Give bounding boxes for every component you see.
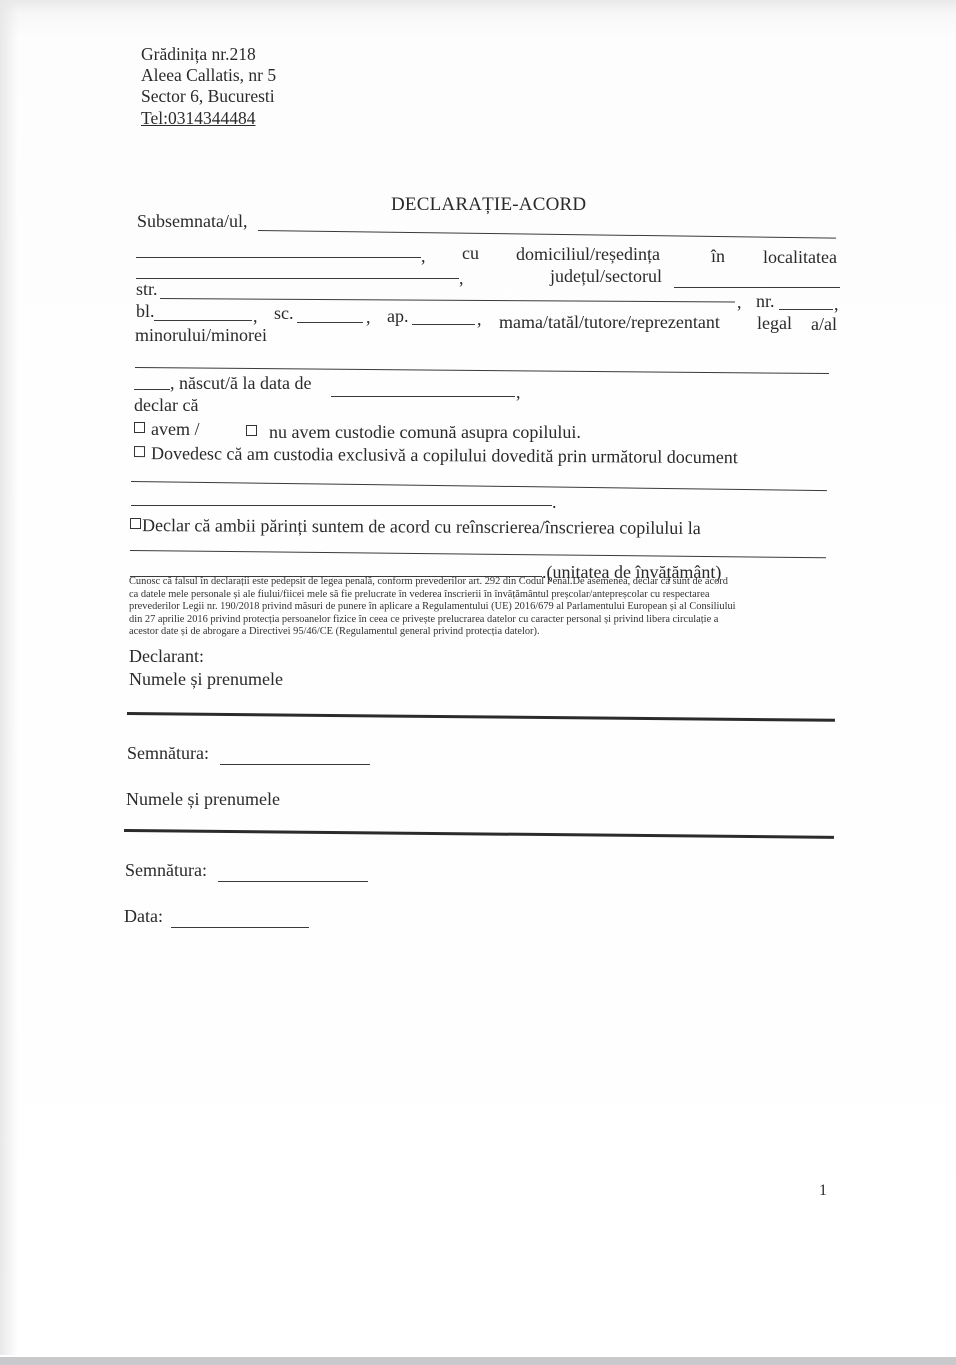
address-line-1: Aleea Callatis, nr 5 (141, 65, 276, 86)
aal-label: a/al (811, 314, 837, 334)
address-line-2: Sector 6, Bucuresti (141, 86, 275, 107)
document-page: Grădinița nr.218 Aleea Callatis, nr 5 Se… (0, 0, 956, 1355)
page-number: 1 (819, 1181, 827, 1201)
locality-field-line[interactable] (136, 278, 459, 279)
avem-label: avem / (151, 419, 199, 439)
comma: , (737, 292, 742, 312)
birth-date-field-line[interactable] (331, 396, 515, 397)
institution-name: Grădinița nr.218 (141, 44, 256, 65)
document-field-line-2[interactable] (131, 505, 552, 506)
child-name-end-line[interactable] (134, 389, 170, 390)
legal-label: legal (757, 313, 792, 333)
minor-label: minorului/minorei (135, 325, 267, 345)
option-avem[interactable]: avem / (134, 419, 199, 439)
date-field-line[interactable] (171, 927, 309, 928)
domiciliu-label: domiciliul/reședința (516, 244, 660, 264)
declarant-label: Declarant: (129, 646, 204, 666)
period: . (552, 492, 557, 512)
legal-notice-line: acestor date și de abrogare a Directivei… (129, 626, 837, 639)
nu-avem-checkbox[interactable] (246, 425, 257, 436)
comma: , (459, 268, 464, 288)
comma: , (421, 246, 426, 266)
comma: , (253, 306, 258, 326)
born-label: , născut/ă la data de (170, 373, 311, 393)
apartment-label: ap. (387, 306, 409, 326)
subsemnata-label: Subsemnata/ul, (137, 211, 248, 231)
judet-label: județul/sectorul (550, 266, 662, 286)
apartment-field-line[interactable] (412, 324, 475, 325)
signature-label-2: Semnătura: (125, 860, 207, 880)
name-label-1: Numele și prenumele (129, 669, 283, 689)
block-label: bl. (136, 301, 155, 321)
option-nu-avem[interactable]: nu avem custodie comună asupra copilului… (246, 422, 581, 442)
custodie-exclusiva-checkbox[interactable] (134, 446, 145, 457)
legal-notice: Cunosc că falsul în declarații este pede… (129, 576, 837, 639)
phone-number: Tel:0314344484 (141, 108, 255, 129)
comma: , (516, 382, 521, 402)
nr-label: nr. (756, 291, 775, 311)
legal-notice-line: din 27 aprilie 2016 privind protecția pe… (129, 614, 837, 627)
name-label-2: Numele și prenumele (126, 789, 280, 809)
name-field-line[interactable] (258, 230, 836, 239)
county-field-line[interactable] (674, 287, 840, 288)
street-label: str. (136, 279, 158, 299)
institution-field-line-1[interactable] (130, 550, 826, 558)
signature-field-line-2[interactable] (218, 881, 368, 882)
cu-label: cu (462, 243, 479, 263)
option-custodie-exclusiva[interactable]: Dovedesc că am custodia exclusivă a copi… (134, 443, 738, 467)
declarant-name-field-line-2[interactable] (124, 829, 834, 839)
declare-label: declar că (134, 395, 198, 415)
legal-notice-line: Cunosc că falsul în declarații este pede… (129, 576, 837, 589)
name-field-continuation-line[interactable] (136, 257, 421, 258)
street-field-line[interactable] (160, 298, 735, 303)
acord-ambii-checkbox[interactable] (130, 518, 141, 529)
avem-checkbox[interactable] (134, 422, 145, 433)
viewer-bottom-edge (0, 1357, 956, 1365)
block-field-line[interactable] (154, 320, 252, 321)
parent-role-label: mama/tatăl/tutore/reprezentant (499, 312, 720, 332)
staircase-label: sc. (274, 303, 294, 323)
signature-label-1: Semnătura: (127, 743, 209, 763)
legal-notice-line: ca datele mele personale și ale fiului/f… (129, 589, 837, 602)
acord-ambii-label: Declar că ambii părinți suntem de acord … (142, 515, 701, 538)
legal-notice-line: prevederilor Legii nr. 190/2018 privind … (129, 601, 837, 614)
option-acord-ambii[interactable]: Declar că ambii părinți suntem de acord … (130, 515, 701, 538)
nu-avem-label: nu avem custodie comună asupra copilului… (269, 422, 581, 442)
declarant-name-field-line-1[interactable] (127, 712, 835, 722)
document-field-line-1[interactable] (131, 481, 827, 491)
custodie-exclusiva-label: Dovedesc că am custodia exclusivă a copi… (151, 443, 738, 467)
comma: , (477, 309, 482, 329)
comma: , (366, 307, 371, 327)
localitatea-label: localitatea (763, 247, 837, 267)
date-label: Data: (124, 906, 163, 926)
in-label: în (711, 246, 725, 266)
signature-field-line-1[interactable] (220, 764, 370, 765)
number-field-line[interactable] (779, 309, 833, 310)
document-title: DECLARAȚIE-ACORD (391, 195, 586, 215)
staircase-field-line[interactable] (297, 322, 363, 323)
comma: , (834, 294, 839, 314)
